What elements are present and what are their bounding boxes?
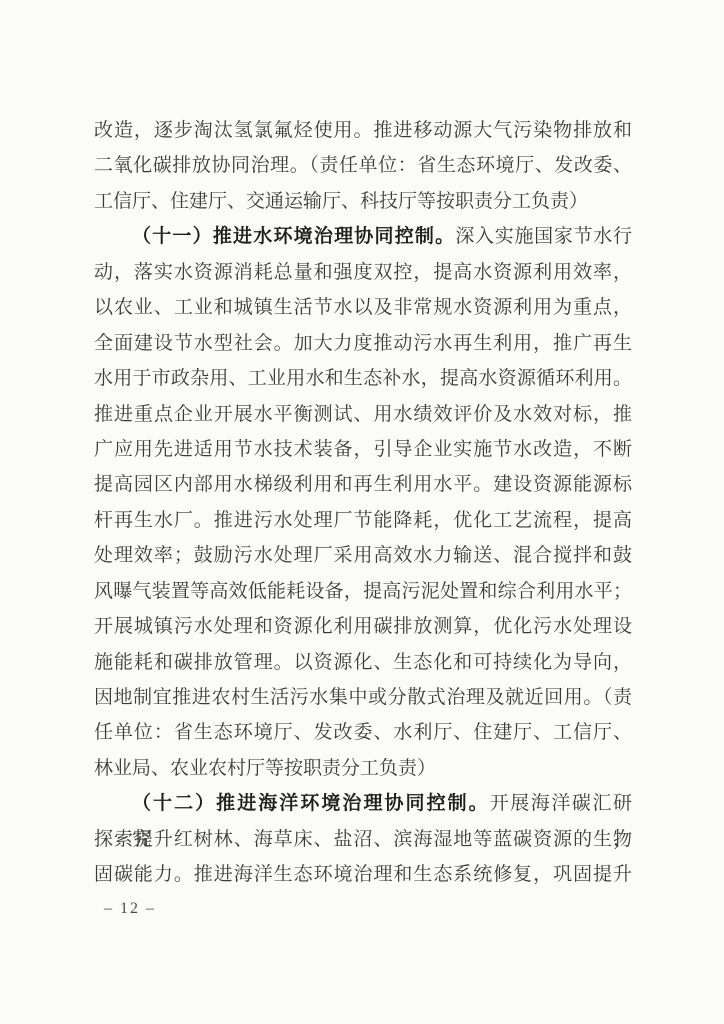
line-text: 提高园区内部用水梯级利用和再生利用水平。建设资源能源标 <box>94 474 632 495</box>
text-line: 动，落实水资源消耗总量和强度双控，提高水资源利用效率， <box>94 255 632 290</box>
text-line: 任单位：省生态环境厅、发改委、水利厅、住建厅、工信厅、 <box>94 715 632 750</box>
text-line: 固碳能力。推进海洋生态环境治理和生态系统修复，巩固提升 <box>94 857 632 892</box>
text-line: 改造，逐步淘汰氢氯氟烃使用。推进移动源大气污染物排放和 <box>94 113 632 148</box>
line-text: 探索提升红树林、海草床、盐沼、滨海湿地等蓝碳资源的生物 <box>94 829 632 850</box>
text-line: 广应用先进适用节水技术装备，引导企业实施节水改造，不断 <box>94 432 632 467</box>
text-line: 以农业、工业和城镇生活节水以及非常规水资源利用为重点， <box>94 290 632 325</box>
text-line: 全面建设节水型社会。加大力度推动污水再生利用，推广再生 <box>94 326 632 361</box>
text-line: 推进重点企业开展水平衡测试、用水绩效评价及水效对标，推 <box>94 397 632 432</box>
line-text: 深入实施国家节水行 <box>455 226 632 247</box>
text-line: 林业局、农业农村厅等按职责分工负责） <box>94 751 632 786</box>
line-text: 以农业、工业和城镇生活节水以及非常规水资源利用为重点， <box>94 297 632 318</box>
line-text: 工信厅、住建厅、交通运输厅、科技厅等按职责分工负责） <box>94 191 588 212</box>
text-line: 提高园区内部用水梯级利用和再生利用水平。建设资源能源标 <box>94 467 632 502</box>
text-line: 处理效率；鼓励污水处理厂采用高效水力输送、混合搅拌和鼓 <box>94 538 632 573</box>
text-line: 因地制宜推进农村生活污水集中或分散式治理及就近回用。（责 <box>94 680 632 715</box>
text-line: 开展城镇污水处理和资源化利用碳排放测算，优化污水处理设 <box>94 609 632 644</box>
line-text: 动，落实水资源消耗总量和强度双控，提高水资源利用效率， <box>94 262 632 283</box>
line-text: 二氧化碳排放协同治理。（责任单位：省生态环境厅、发改委、 <box>94 155 632 176</box>
section-heading-line: （十一）推进水环境治理协同控制。深入实施国家节水行 <box>94 219 632 254</box>
section-heading-line: （十二）推进海洋环境治理协同控制。开展海洋碳汇研究， <box>94 786 632 821</box>
line-text: 施能耗和碳排放管理。以资源化、生态化和可持续化为导向， <box>94 652 632 673</box>
text-line: 杆再生水厂。推进污水处理厂节能降耗，优化工艺流程，提高 <box>94 503 632 538</box>
text-line: 二氧化碳排放协同治理。（责任单位：省生态环境厅、发改委、 <box>94 148 632 183</box>
line-text: 全面建设节水型社会。加大力度推动污水再生利用，推广再生 <box>94 333 632 354</box>
line-text: 广应用先进适用节水技术装备，引导企业实施节水改造，不断 <box>94 439 632 460</box>
line-text: 杆再生水厂。推进污水处理厂节能降耗，优化工艺流程，提高 <box>94 510 632 531</box>
line-text: 推进重点企业开展水平衡测试、用水绩效评价及水效对标，推 <box>94 404 632 425</box>
text-line: 施能耗和碳排放管理。以资源化、生态化和可持续化为导向， <box>94 645 632 680</box>
text-line: 探索提升红树林、海草床、盐沼、滨海湿地等蓝碳资源的生物 <box>94 822 632 857</box>
line-text: 水用于市政杂用、工业用水和生态补水，提高水资源循环利用。 <box>94 368 632 389</box>
page-number: – 12 – <box>104 900 156 918</box>
line-text: 改造，逐步淘汰氢氯氟烃使用。推进移动源大气污染物排放和 <box>94 120 632 141</box>
section-heading: （十二）推进海洋环境治理协同控制。 <box>132 793 490 814</box>
text-line: 风曝气装置等高效低能耗设备，提高污泥处置和综合利用水平； <box>94 574 632 609</box>
text-line: 工信厅、住建厅、交通运输厅、科技厅等按职责分工负责） <box>94 184 632 219</box>
line-text: 林业局、农业农村厅等按职责分工负责） <box>94 758 436 779</box>
section-heading: （十一）推进水环境治理协同控制。 <box>132 226 455 247</box>
text-block: 改造，逐步淘汰氢氯氟烃使用。推进移动源大气污染物排放和二氧化碳排放协同治理。（责… <box>94 113 632 893</box>
line-text: 固碳能力。推进海洋生态环境治理和生态系统修复，巩固提升 <box>94 864 632 885</box>
line-text: 风曝气装置等高效低能耗设备，提高污泥处置和综合利用水平； <box>94 581 632 602</box>
line-text: 任单位：省生态环境厅、发改委、水利厅、住建厅、工信厅、 <box>94 722 632 743</box>
line-text: 处理效率；鼓励污水处理厂采用高效水力输送、混合搅拌和鼓 <box>94 545 632 566</box>
text-line: 水用于市政杂用、工业用水和生态补水，提高水资源循环利用。 <box>94 361 632 396</box>
document-page: 改造，逐步淘汰氢氯氟烃使用。推进移动源大气污染物排放和二氧化碳排放协同治理。（责… <box>0 0 724 1024</box>
line-text: 因地制宜推进农村生活污水集中或分散式治理及就近回用。（责 <box>94 687 632 708</box>
line-text: 开展城镇污水处理和资源化利用碳排放测算，优化污水处理设 <box>94 616 632 637</box>
